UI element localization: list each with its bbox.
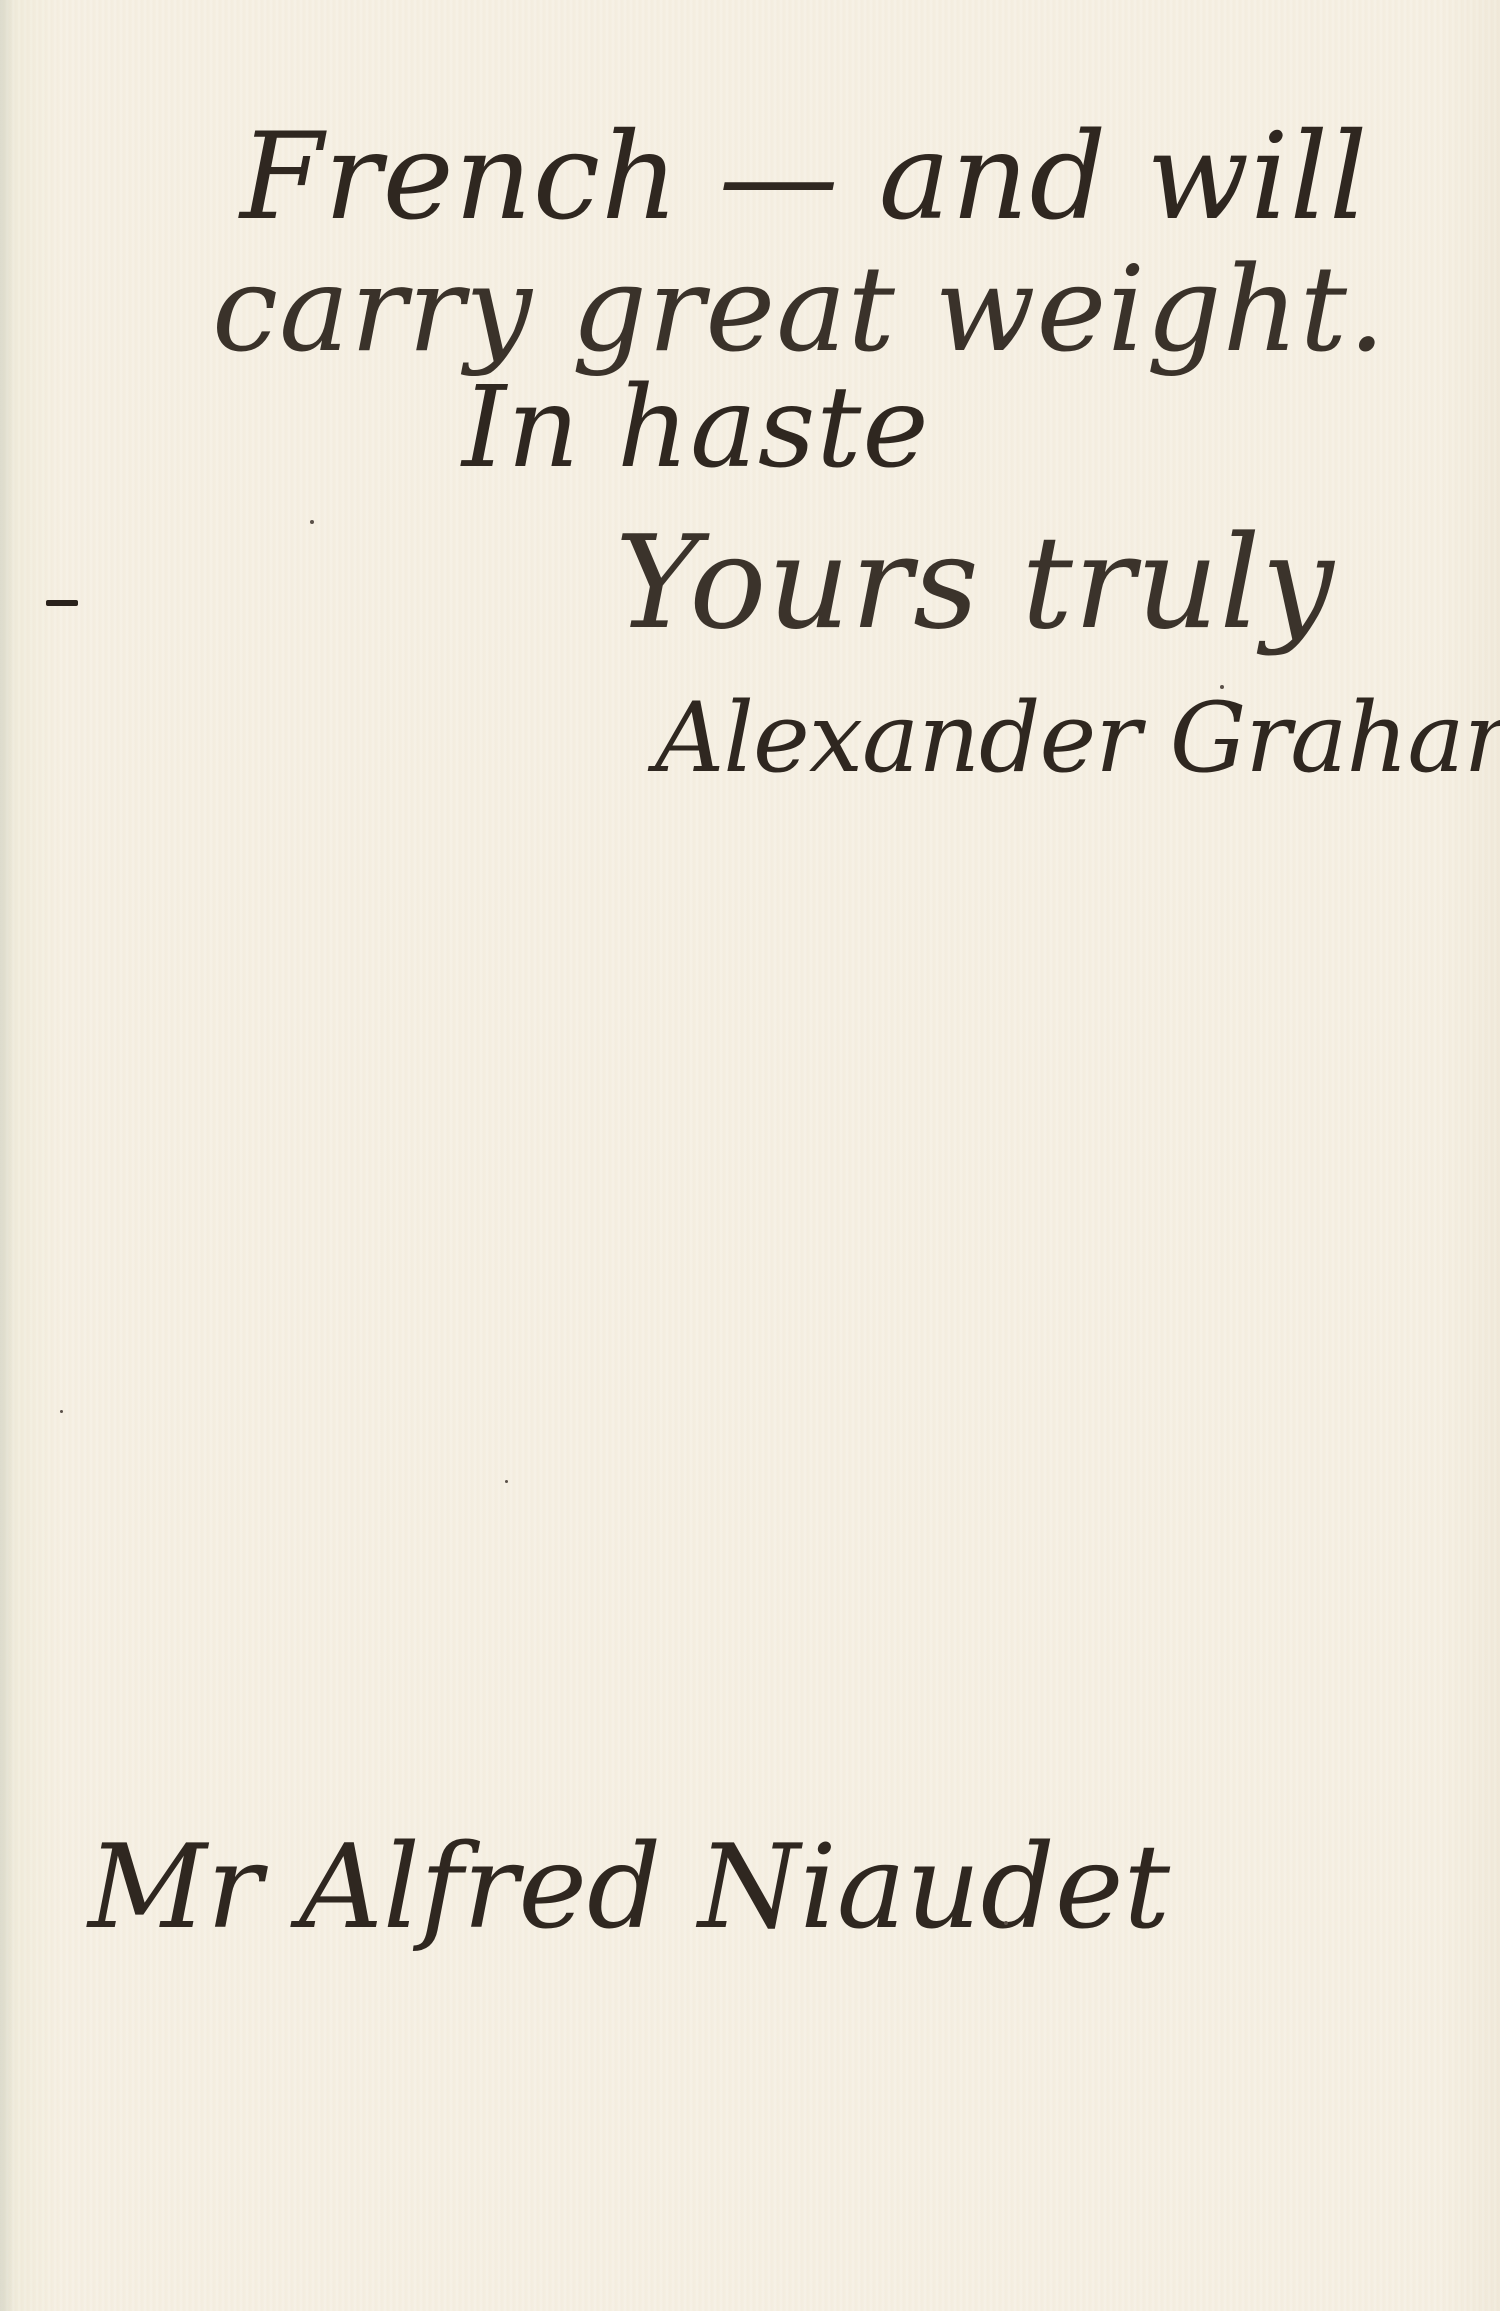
paper-edge-shadow bbox=[0, 0, 14, 2311]
ink-speck bbox=[1220, 685, 1224, 689]
body-line-1: French — and will bbox=[240, 118, 1368, 238]
closing-salutation: Yours truly bbox=[615, 520, 1335, 648]
ink-speck bbox=[505, 1480, 508, 1483]
letter-page: French — and will carry great weight. In… bbox=[0, 0, 1500, 2311]
body-line-3: In haste bbox=[462, 372, 930, 484]
ink-speck bbox=[310, 520, 314, 524]
ink-speck bbox=[60, 1410, 63, 1413]
ink-speck bbox=[1004, 1921, 1008, 1925]
margin-dash-mark bbox=[46, 600, 78, 606]
addressee-line: Mr Alfred Niaudet bbox=[88, 1830, 1170, 1946]
signature: Alexander Graham Bell bbox=[655, 690, 1500, 786]
body-line-2: carry great weight. bbox=[212, 250, 1387, 368]
